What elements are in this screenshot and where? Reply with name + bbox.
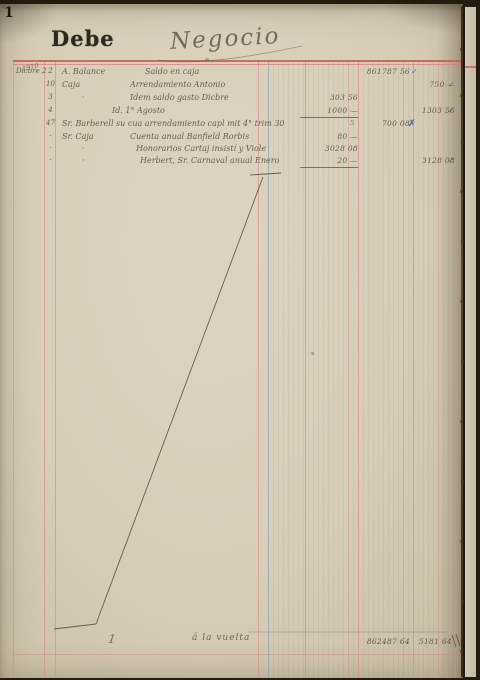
row-folio-number: ·	[45, 132, 56, 140]
row-account-name: ·	[82, 156, 85, 165]
ledger-row: 47Sr. Barberell su cua arrendamiento cap…	[0, 119, 463, 132]
sub-total-underline	[300, 117, 358, 118]
closing-line-diagonal	[96, 177, 263, 624]
ledger-row: 3·Idem saldo gasto Dicbre303 56	[0, 93, 463, 106]
row-account-name: ·	[82, 144, 85, 153]
audit-check-icon: ✓	[448, 80, 455, 89]
row-amount-sub: 20 —	[300, 156, 358, 165]
row-account-name: Caja	[62, 80, 80, 89]
closing-line-bottom	[54, 624, 96, 629]
footer-flourish-mark: 1	[107, 632, 117, 647]
ledger-row: ··Herbert, Sr. Carnaval anual Enero20 —3…	[0, 156, 463, 169]
carried-forward-label: á la vuelta	[192, 633, 250, 643]
row-detail-text: Saldo en caja	[145, 67, 199, 76]
row-amount-col1: 861787 56	[356, 67, 410, 76]
ledger-row: 4Id. 1° Agosto1000 —1303 56✓	[0, 106, 463, 119]
row-amount-sub: 303 56	[300, 93, 358, 102]
row-account-name: Sr. Barberell su cua arrendamiento capl …	[62, 119, 285, 128]
audit-check-icon: ✗	[408, 119, 416, 129]
row-amount-sub: 3028 08	[300, 144, 358, 153]
row-detail-text: Cuenta anual Banfield Rorbis	[130, 132, 249, 141]
paper-speck	[311, 352, 314, 355]
row-detail-text: Herbert, Sr. Carnaval anual Enero	[140, 156, 279, 165]
row-folio-number: ·	[45, 144, 56, 152]
row-folio-number: 2	[45, 67, 56, 75]
ledger-row: 10CajaArrendamiento Antonio750 —✓	[0, 80, 463, 93]
row-amount-sub: 1000 —	[300, 106, 358, 115]
row-folio-number: 4	[45, 106, 56, 114]
row-account-name: A. Balance	[62, 67, 105, 76]
row-folio-number: 10	[45, 80, 56, 88]
row-account-name: ·	[82, 93, 85, 102]
row-detail-text: Honorarios Cartaj insistí y Viole	[136, 144, 266, 153]
next-page-sliver	[465, 7, 476, 677]
bottom-rule-pink	[13, 654, 457, 655]
row-folio-number: 47	[45, 119, 56, 127]
ledger-page: 1 Debe Negocio 1910 Dicbre 22A. BalanceS…	[0, 4, 463, 678]
ledger-row: Dicbre 22A. BalanceSaldo en caja861787 5…	[0, 67, 463, 80]
row-date: Dicbre 2	[16, 67, 46, 75]
row-amount-col1: 700 08	[356, 119, 410, 128]
row-folio-number: 3	[45, 93, 56, 101]
audit-check-icon: ✓	[448, 106, 455, 115]
photographed-ledger-page: { "page": { "number": "1", "header_left"…	[0, 0, 480, 680]
row-detail-text: Id. 1° Agosto	[112, 106, 165, 115]
row-detail-text: Idem saldo gasto Dicbre	[130, 93, 229, 102]
total-column-2: 5181 64	[408, 637, 452, 646]
next-page-red-rule	[465, 66, 476, 68]
audit-check-icon: ✓	[448, 156, 455, 165]
total-column-1: 862487 64	[340, 637, 410, 646]
sub-total-underline	[300, 167, 358, 168]
rows-container: Dicbre 22A. BalanceSaldo en caja861787 5…	[0, 4, 463, 204]
row-detail-text: Arrendamiento Antonio	[130, 80, 225, 89]
audit-check-icon: ✓	[411, 67, 418, 76]
row-margin-note: 5	[350, 119, 354, 127]
row-account-name: Sr. Caja	[62, 132, 94, 141]
row-folio-number: ·	[45, 156, 56, 164]
row-amount-sub: 80 —	[300, 132, 358, 141]
